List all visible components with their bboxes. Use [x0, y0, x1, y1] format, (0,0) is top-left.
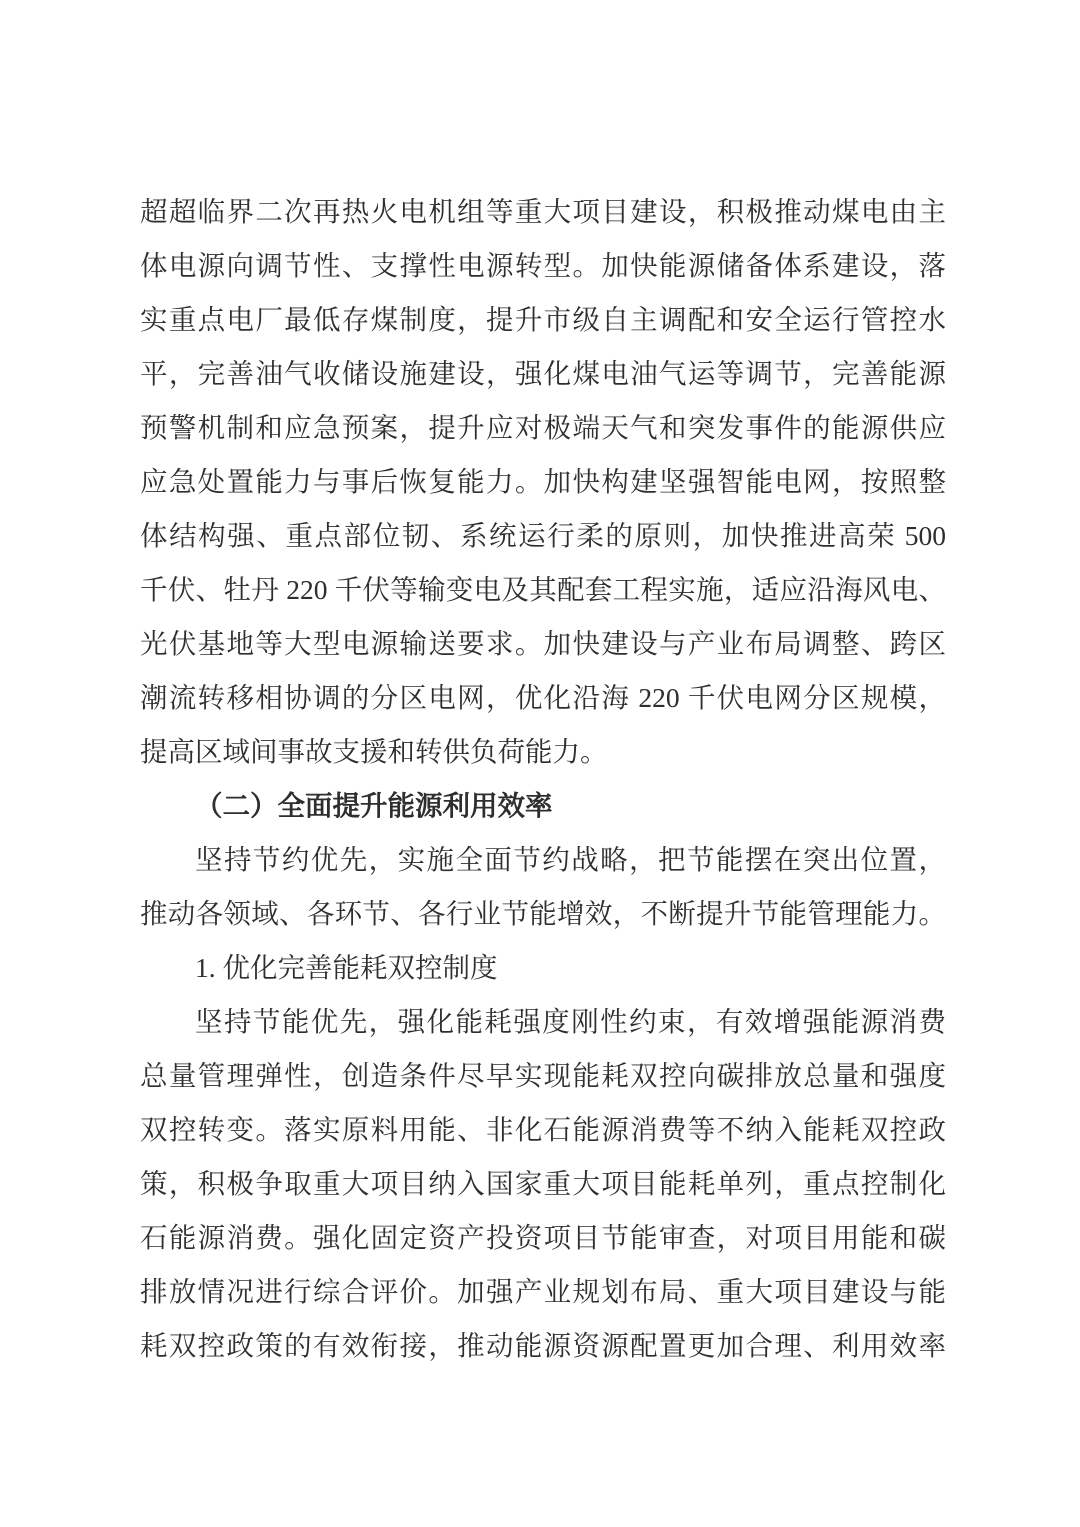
paragraph-line: 实重点电厂最低存煤制度，提升市级自主调配和安全运行管控水 — [140, 293, 946, 347]
paragraph-line: 推动各领域、各环节、各行业节能增效，不断提升节能管理能力。 — [140, 887, 946, 941]
paragraph-line: 坚持节能优先，强化能耗强度刚性约束，有效增强能源消费 — [140, 995, 946, 1049]
paragraph-line: 双控转变。落实原料用能、非化石能源消费等不纳入能耗双控政 — [140, 1103, 946, 1157]
paragraph-line: 预警机制和应急预案，提升应对极端天气和突发事件的能源供应 — [140, 401, 946, 455]
paragraph-line: 提高区域间事故支援和转供负荷能力。 — [140, 725, 946, 779]
paragraph-line: 体电源向调节性、支撑性电源转型。加快能源储备体系建设，落 — [140, 239, 946, 293]
paragraph-line: 潮流转移相协调的分区电网，优化沿海 220 千伏电网分区规模， — [140, 671, 946, 725]
paragraph-line: 排放情况进行综合评价。加强产业规划布局、重大项目建设与能 — [140, 1265, 946, 1319]
section-heading: （二）全面提升能源利用效率 — [140, 779, 946, 833]
paragraph-line: 光伏基地等大型电源输送要求。加快建设与产业布局调整、跨区 — [140, 617, 946, 671]
paragraph-line: 石能源消费。强化固定资产投资项目节能审查，对项目用能和碳 — [140, 1211, 946, 1265]
paragraph-line: 坚持节约优先，实施全面节约战略，把节能摆在突出位置， — [140, 833, 946, 887]
paragraph-line: 平，完善油气收储设施建设，强化煤电油气运等调节，完善能源 — [140, 347, 946, 401]
subsection-heading: 1. 优化完善能耗双控制度 — [140, 941, 946, 995]
paragraph-line: 体结构强、重点部位韧、系统运行柔的原则，加快推进高荣 500 — [140, 509, 946, 563]
paragraph-line: 应急处置能力与事后恢复能力。加快构建坚强智能电网，按照整 — [140, 455, 946, 509]
paragraph-line: 总量管理弹性，创造条件尽早实现能耗双控向碳排放总量和强度 — [140, 1049, 946, 1103]
document-page: 超超临界二次再热火电机组等重大项目建设，积极推动煤电由主 体电源向调节性、支撑性… — [140, 185, 946, 1373]
paragraph-line: 超超临界二次再热火电机组等重大项目建设，积极推动煤电由主 — [140, 185, 946, 239]
paragraph-line: 耗双控政策的有效衔接，推动能源资源配置更加合理、利用效率 — [140, 1319, 946, 1373]
paragraph-line: 千伏、牡丹 220 千伏等输变电及其配套工程实施，适应沿海风电、 — [140, 563, 946, 617]
paragraph-line: 策，积极争取重大项目纳入国家重大项目能耗单列，重点控制化 — [140, 1157, 946, 1211]
